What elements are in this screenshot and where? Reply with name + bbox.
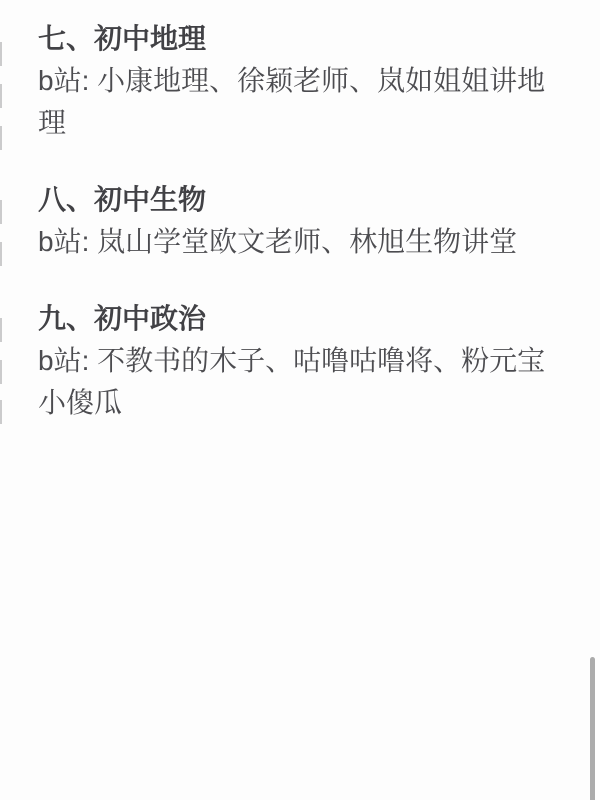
note-page: 七、初中地理 b站: 小康地理、徐颖老师、岚如姐姐讲地理 八、初中生物 b站: …	[0, 0, 600, 800]
section-heading: 八、初中生物	[38, 179, 572, 221]
left-edge-artifact	[0, 42, 2, 66]
section-body: b站: 岚山学堂欧文老师、林旭生物讲堂	[38, 221, 572, 263]
note-content: 七、初中地理 b站: 小康地理、徐颖老师、岚如姐姐讲地理 八、初中生物 b站: …	[38, 18, 572, 459]
left-edge-artifact	[0, 84, 2, 108]
left-edge-artifact	[0, 126, 2, 150]
left-edge-artifact	[0, 400, 2, 424]
left-edge-artifact	[0, 200, 2, 224]
left-edge-artifact	[0, 360, 2, 384]
left-edge-artifact	[0, 318, 2, 342]
left-edge-artifact	[0, 242, 2, 266]
section-geography: 七、初中地理 b站: 小康地理、徐颖老师、岚如姐姐讲地理	[38, 18, 572, 144]
section-body: b站: 小康地理、徐颖老师、岚如姐姐讲地理	[38, 60, 572, 144]
section-body: b站: 不教书的木子、咕噜咕噜将、粉元宝小傻瓜	[38, 340, 572, 424]
section-biology: 八、初中生物 b站: 岚山学堂欧文老师、林旭生物讲堂	[38, 179, 572, 263]
section-heading: 七、初中地理	[38, 18, 572, 60]
section-heading: 九、初中政治	[38, 298, 572, 340]
scrollbar-thumb[interactable]	[590, 657, 595, 800]
section-politics: 九、初中政治 b站: 不教书的木子、咕噜咕噜将、粉元宝小傻瓜	[38, 298, 572, 424]
